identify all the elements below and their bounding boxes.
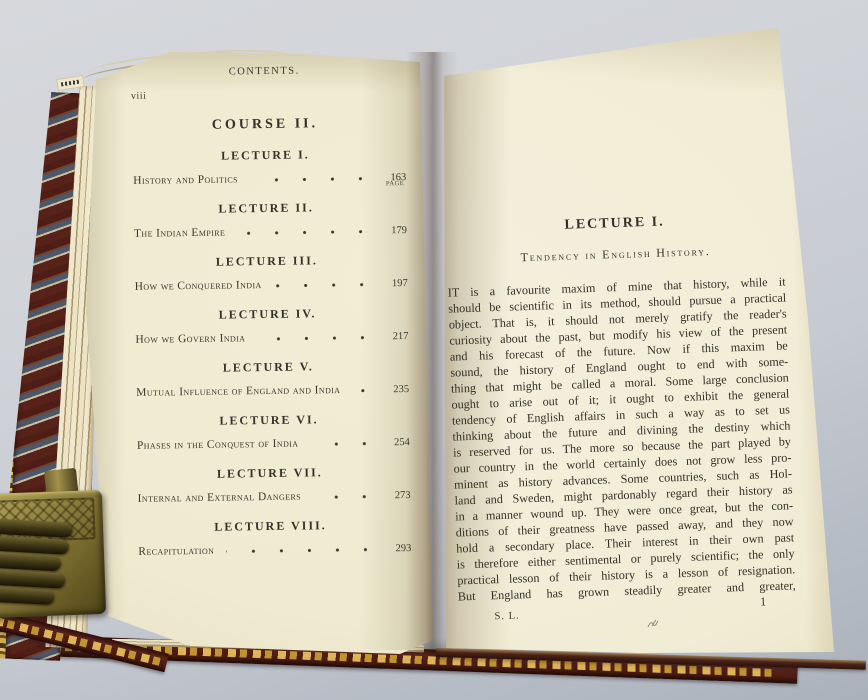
contents-entries: PAGE LECTURE I.History and Politics163LE… bbox=[118, 147, 419, 559]
lecture-page-text: LECTURE I. Tendency in English History. … bbox=[445, 205, 797, 631]
lecture-heading: LECTURE I. bbox=[445, 211, 783, 238]
clasp-hinge-ridges bbox=[0, 516, 73, 612]
contents-entry-title: Mutual Influence of England and India bbox=[136, 384, 340, 400]
contents-lecture-heading: LECTURE V. bbox=[121, 359, 416, 376]
contents-entry-title: How we Conquered India bbox=[135, 279, 262, 294]
book-photo: CONTENTS. viii COURSE II. PAGE LECTURE I… bbox=[0, 0, 868, 700]
contents-entry-title: Recapitulation bbox=[138, 545, 214, 559]
contents-entry-row: Mutual Influence of England and India235 bbox=[136, 383, 409, 400]
contents-entry: LECTURE II.The Indian Empire179 bbox=[119, 200, 414, 241]
contents-entry-title: How we Govern India bbox=[135, 332, 245, 347]
dot-leader bbox=[257, 332, 376, 344]
dot-leader bbox=[310, 438, 378, 449]
contents-entry-page-number: 197 bbox=[382, 277, 408, 290]
contents-entry: LECTURE I.History and Politics163 bbox=[118, 147, 413, 188]
lecture-subheading: Tendency in English History. bbox=[446, 241, 784, 267]
contents-entry-row: How we Conquered India197 bbox=[135, 277, 408, 294]
contents-lecture-heading: LECTURE I. bbox=[118, 147, 413, 164]
dot-leader bbox=[313, 491, 379, 502]
contents-entry-row: Phases in the Conquest of India254 bbox=[137, 436, 410, 453]
contents-entry-title: The Indian Empire bbox=[134, 227, 226, 241]
page-column-label: PAGE bbox=[386, 180, 404, 187]
contents-entry-title: Phases in the Conquest of India bbox=[137, 438, 299, 453]
contents-lecture-heading: LECTURE II. bbox=[119, 200, 414, 217]
contents-lecture-heading: LECTURE III. bbox=[119, 253, 414, 270]
course-heading: COURSE II. bbox=[117, 115, 412, 135]
contents-lecture-heading: LECTURE VIII. bbox=[123, 518, 418, 535]
contents-entry: LECTURE VI.Phases in the Conquest of Ind… bbox=[121, 412, 416, 453]
lecture-body: IT is a favourite maxim of mine that his… bbox=[448, 273, 796, 604]
contents-entry-page-number: 179 bbox=[381, 224, 407, 237]
contents-entry: LECTURE VIII.Recapitulation293 bbox=[123, 518, 418, 559]
gutter-shadow bbox=[406, 52, 458, 654]
contents-lecture-heading: LECTURE VI. bbox=[121, 412, 416, 429]
running-header: CONTENTS. bbox=[117, 64, 412, 79]
contents-entry-title: Internal and External Dangers bbox=[138, 491, 302, 506]
dot-leader bbox=[226, 544, 379, 556]
page-number-right: 1 bbox=[760, 594, 766, 609]
dot-leader bbox=[237, 226, 375, 238]
page-number-left: viii bbox=[131, 91, 146, 102]
brass-clasp bbox=[0, 490, 106, 618]
dot-leader bbox=[250, 173, 374, 185]
contents-page-text: CONTENTS. viii COURSE II. PAGE LECTURE I… bbox=[117, 58, 419, 559]
contents-entry: LECTURE V.Mutual Influence of England an… bbox=[121, 359, 416, 400]
contents-entry: LECTURE III.How we Conquered India197 bbox=[119, 253, 414, 294]
contents-entry: LECTURE IV.How we Govern India217 bbox=[120, 306, 415, 347]
pencil-mark bbox=[645, 617, 663, 632]
contents-entry-title: History and Politics bbox=[133, 173, 238, 187]
dot-leader bbox=[352, 385, 377, 395]
contents-entry-row: History and Politics163 bbox=[133, 171, 406, 188]
contents-entry: LECTURE VII.Internal and External Danger… bbox=[122, 465, 417, 506]
dot-leader bbox=[274, 279, 376, 290]
contents-lecture-heading: LECTURE IV. bbox=[120, 306, 415, 323]
contents-entry-row: The Indian Empire179 bbox=[134, 224, 407, 241]
contents-entry-row: Internal and External Dangers273 bbox=[138, 489, 411, 506]
contents-entry-page-number: 217 bbox=[382, 330, 408, 343]
contents-lecture-heading: LECTURE VII. bbox=[122, 465, 417, 482]
signature-mark: S. L. bbox=[494, 610, 519, 622]
contents-entry-row: How we Govern India217 bbox=[135, 330, 408, 347]
